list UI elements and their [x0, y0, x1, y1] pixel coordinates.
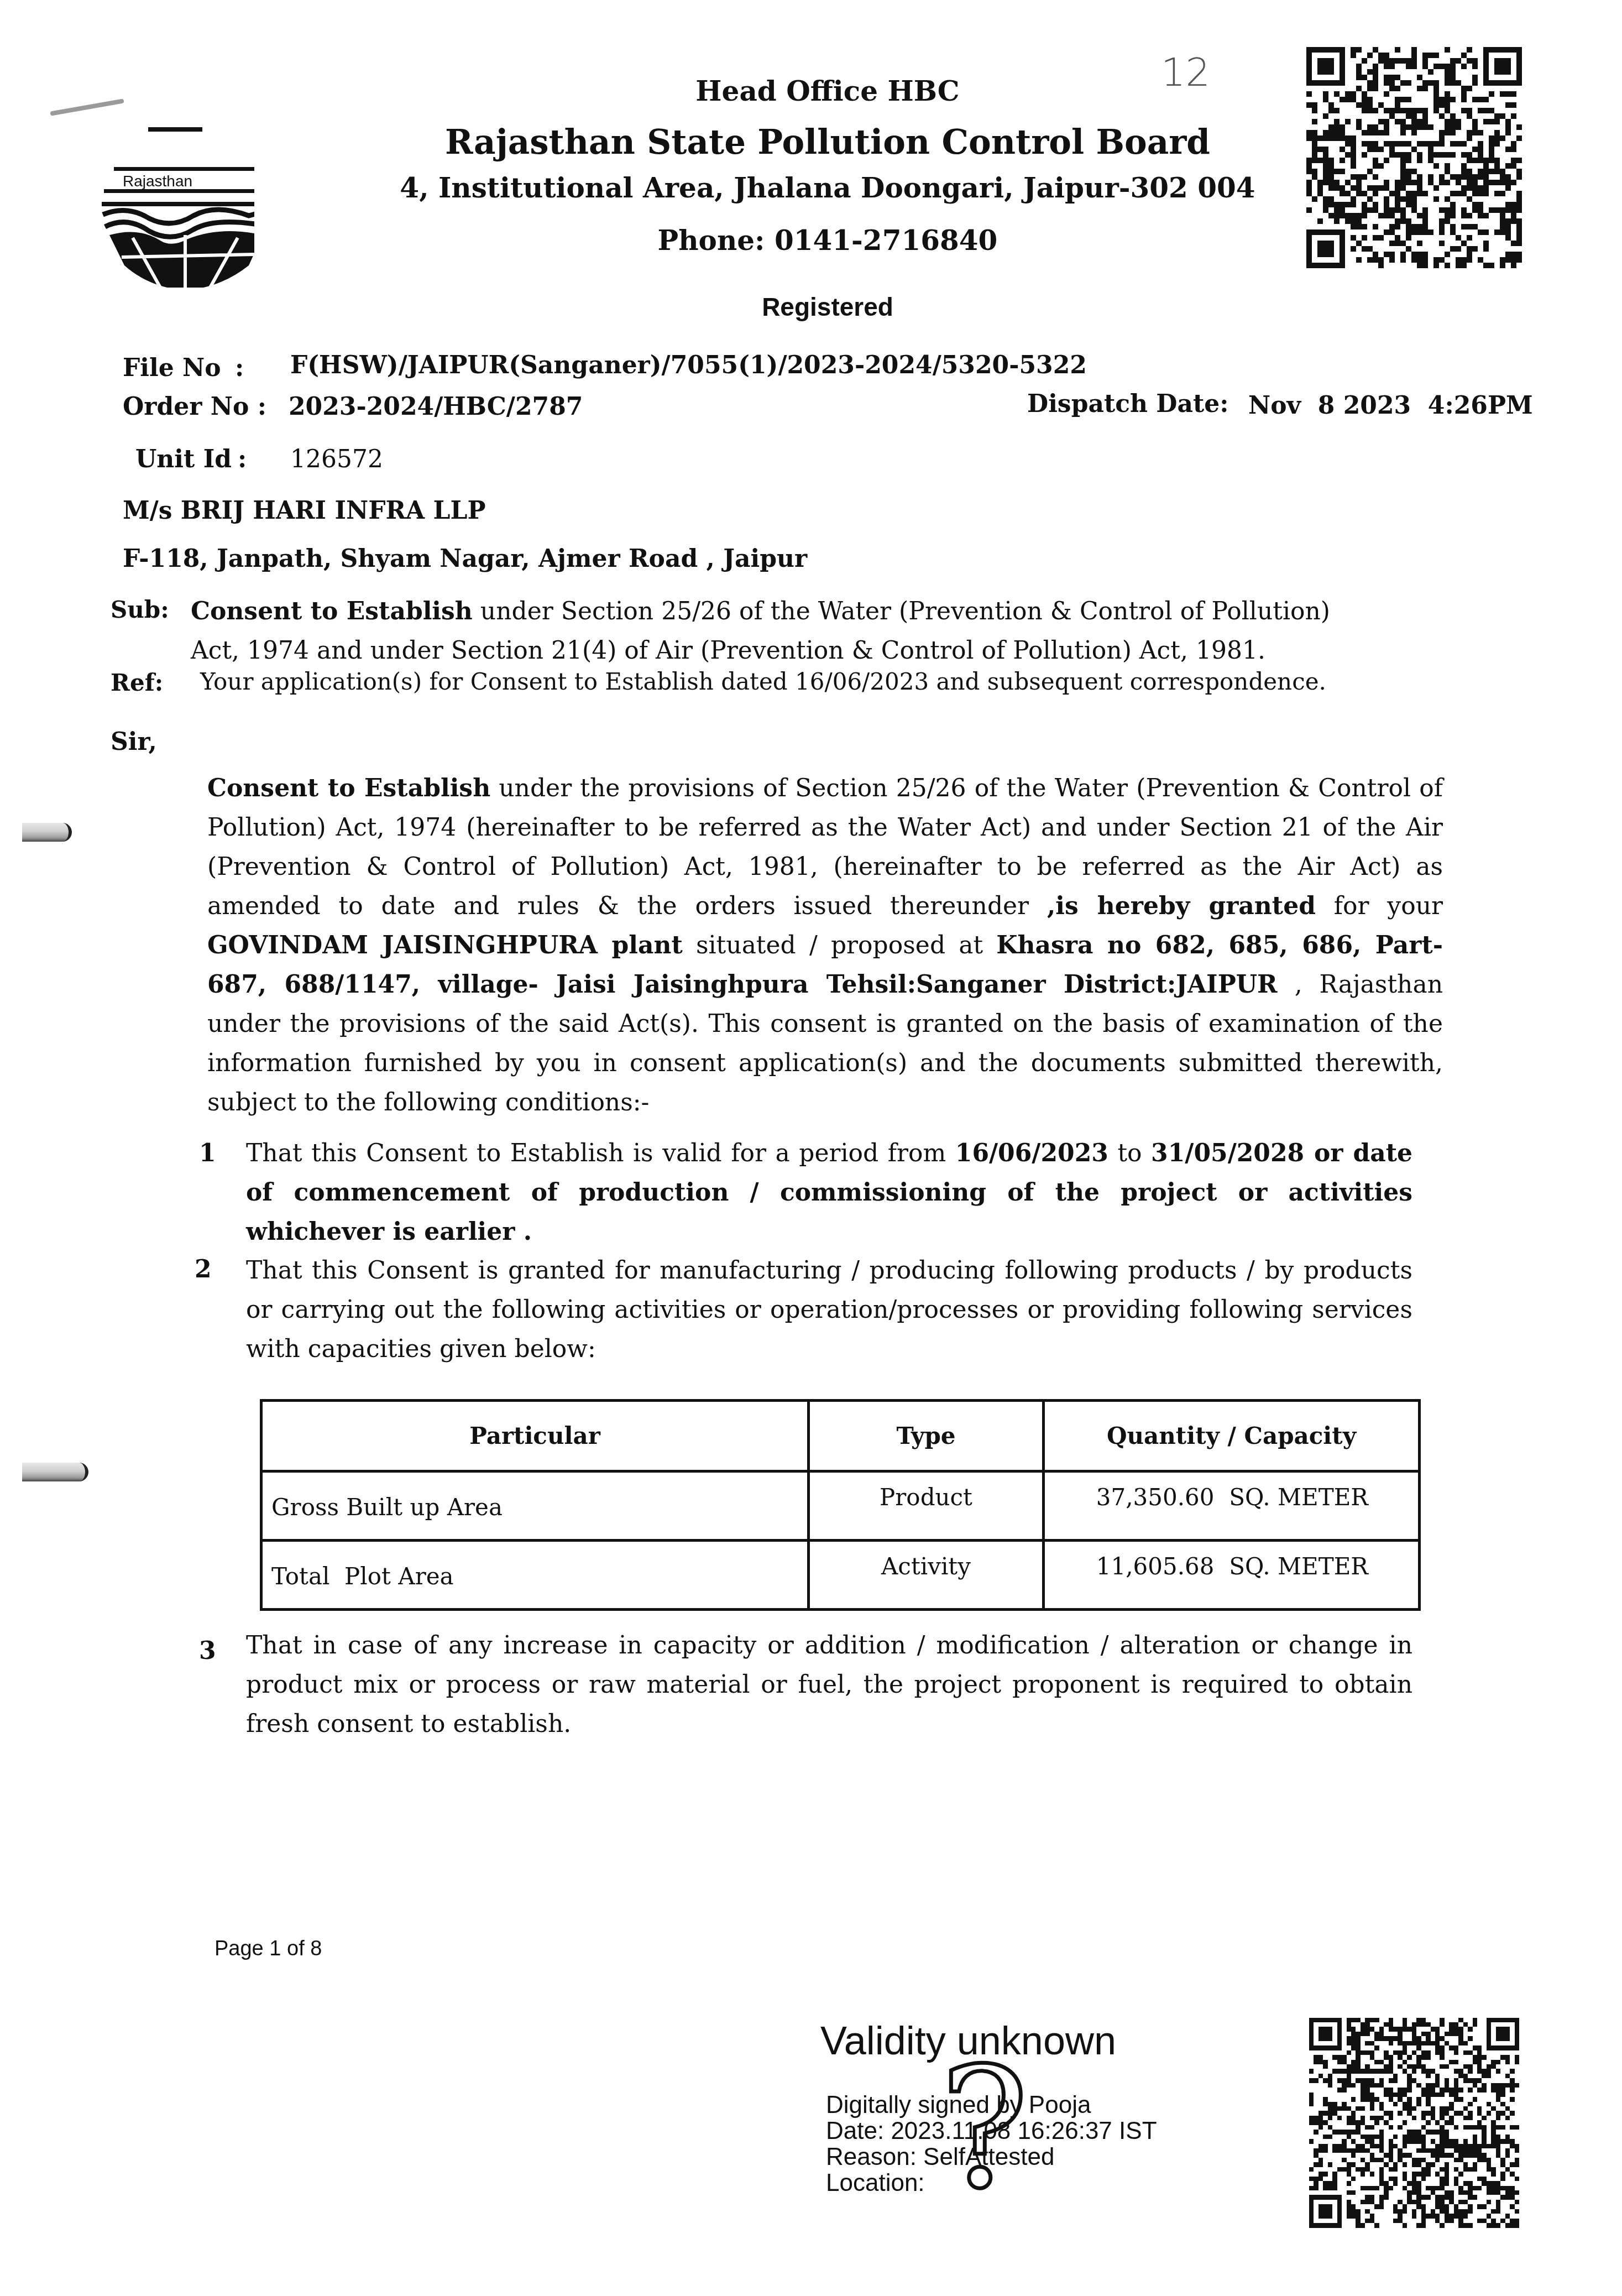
qr-code-icon — [1305, 47, 1523, 268]
consent-title: Consent to Establish — [207, 774, 490, 802]
condition-3-text: That in case of any increase in capacity… — [246, 1626, 1412, 1744]
unit-id-value: 126572 — [290, 445, 383, 473]
capacity-table: Particular Type Quantity / Capacity Gros… — [260, 1399, 1421, 1611]
qr-code-icon — [1309, 2016, 1519, 2229]
addressee-address: F-118, Janpath, Shyam Nagar, Ajmer Road … — [123, 545, 807, 573]
subject-label: Sub: — [111, 596, 169, 623]
condition-1-number: 1 — [199, 1139, 216, 1167]
cell-particular: Total Plot Area — [261, 1541, 809, 1610]
table-row: Gross Built up Area Product 37,350.60 SQ… — [261, 1471, 1420, 1541]
condition-1-text-b: to — [1108, 1139, 1151, 1167]
signature-location: Location: — [826, 2170, 925, 2196]
dispatch-date-label: Dispatch Date: — [1027, 390, 1229, 418]
col-particular: Particular — [261, 1401, 809, 1471]
cell-particular: Gross Built up Area — [261, 1471, 809, 1541]
condition-2-text: That this Consent is granted for manufac… — [246, 1251, 1412, 1369]
signature-date: Date: 2023.11.08 16:26:37 IST — [826, 2118, 1157, 2144]
page-number: Page 1 of 8 — [214, 1937, 322, 1961]
punch-hole-top — [22, 823, 72, 842]
salutation: Sir, — [111, 728, 157, 756]
subject-line2: Act, 1974 and under Section 21(4) of Air… — [191, 636, 1265, 665]
qr-code-bottom — [1309, 2016, 1519, 2229]
col-quantity: Quantity / Capacity — [1044, 1401, 1420, 1471]
registered-label: Registered — [0, 292, 1622, 322]
table-header-row: Particular Type Quantity / Capacity — [261, 1401, 1420, 1471]
dispatch-date-value: Nov 8 2023 4:26PM — [1248, 392, 1533, 420]
body-text-3: situated / proposed at — [683, 931, 997, 959]
granted-phrase: ,is hereby granted — [1047, 892, 1316, 920]
file-no-sep: : — [235, 354, 244, 382]
order-no-value: 2023-2024/HBC/2787 — [289, 393, 583, 421]
col-type: Type — [809, 1401, 1044, 1471]
consent-paragraph: Consent to Establish under the provision… — [207, 769, 1443, 1122]
unit-id-label: Unit Id — [135, 445, 232, 473]
condition-1-text-a: That this Consent to Establish is valid … — [246, 1139, 955, 1167]
unit-id-sep: : — [238, 445, 247, 473]
punch-hole-bottom — [22, 1463, 88, 1481]
cell-quantity: 11,605.68 SQ. METER — [1044, 1541, 1420, 1610]
order-no-label: Order No : — [123, 393, 266, 421]
signature-signed-by: Digitally signed by Pooja — [826, 2092, 1091, 2118]
subject-line1: under Section 25/26 of the Water (Preven… — [473, 597, 1330, 625]
addressee-name: M/s BRIJ HARI INFRA LLP — [123, 497, 486, 525]
condition-3-number: 3 — [199, 1637, 216, 1665]
validity-start-date: 16/06/2023 — [955, 1139, 1108, 1167]
plant-name: GOVINDAM JAISINGHPURA plant — [207, 931, 683, 959]
cell-type: Product — [809, 1471, 1044, 1541]
body-text-2: for your — [1316, 892, 1443, 920]
qr-code-top — [1305, 47, 1523, 268]
cell-type: Activity — [809, 1541, 1044, 1610]
file-no-label: File No — [123, 354, 221, 382]
subject-text: Consent to Establish under Section 25/26… — [191, 592, 1429, 670]
cell-quantity: 37,350.60 SQ. METER — [1044, 1471, 1420, 1541]
subject-bold: Consent to Establish — [191, 597, 473, 625]
reference-label: Ref: — [111, 669, 163, 696]
condition-1-text: That this Consent to Establish is valid … — [246, 1134, 1412, 1251]
file-no-value: F(HSW)/JAIPUR(Sanganer)/7055(1)/2023-202… — [290, 351, 1087, 379]
signature-reason: Reason: SelfAttested — [826, 2144, 1054, 2170]
reference-text: Your application(s) for Consent to Estab… — [200, 668, 1326, 695]
table-row: Total Plot Area Activity 11,605.68 SQ. M… — [261, 1541, 1420, 1610]
condition-2-number: 2 — [195, 1255, 212, 1283]
